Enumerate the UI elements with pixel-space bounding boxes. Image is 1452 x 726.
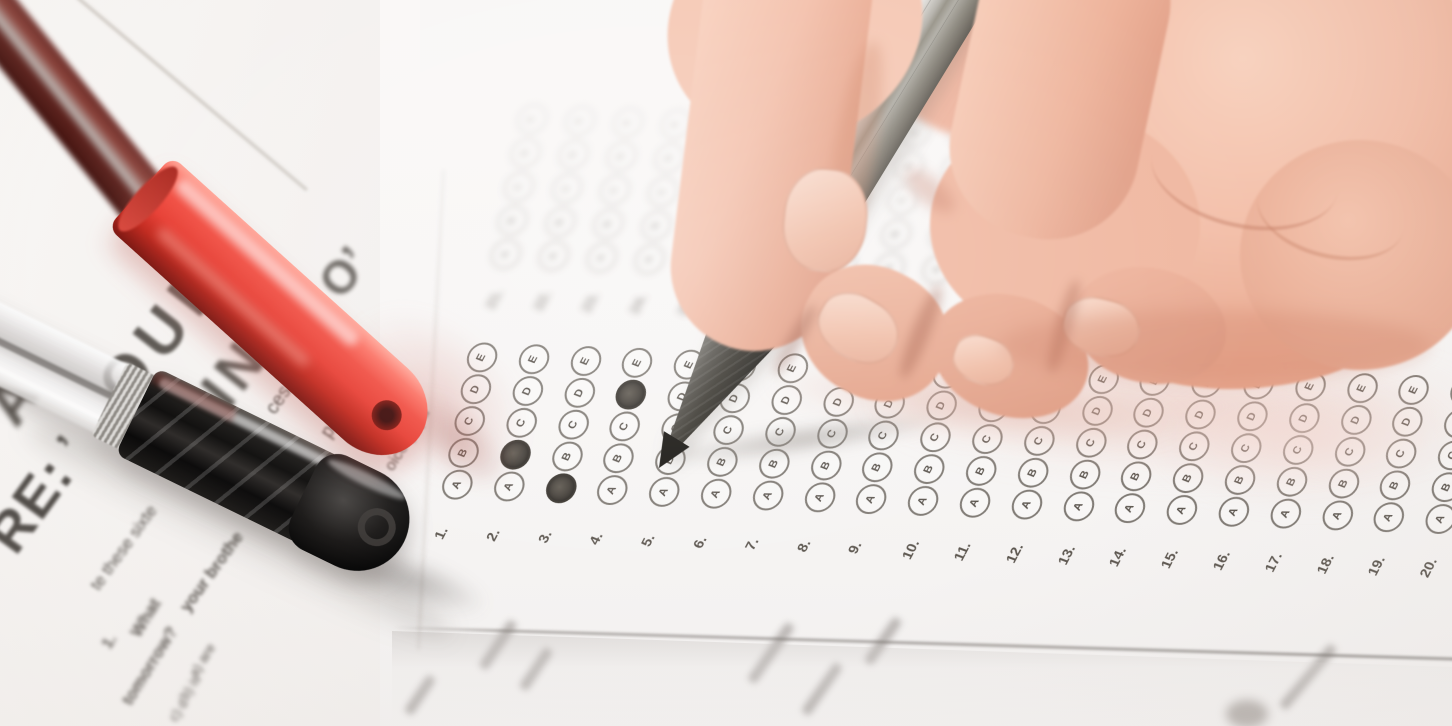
palm-edge-shading xyxy=(1000,310,1430,380)
photo-canvas: QUIZ IN O’ A ’ RE: ces t p do oice (2 pu… xyxy=(0,0,1452,726)
hand xyxy=(0,0,1452,726)
